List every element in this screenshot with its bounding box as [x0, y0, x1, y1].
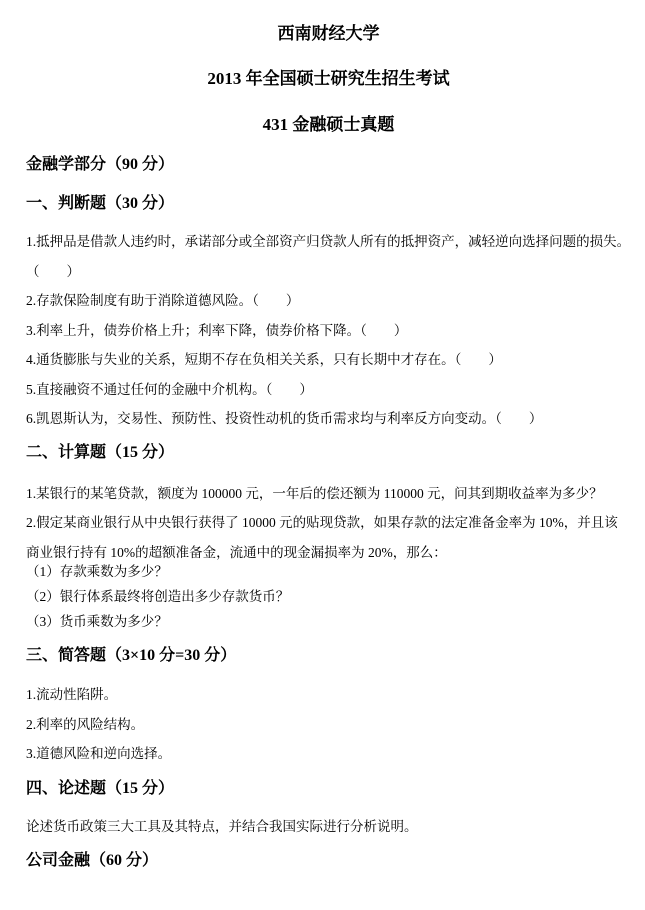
section-short-answer-heading: 三、简答题（3×10 分=30 分） — [26, 645, 631, 667]
calculation-item-1: 1.某银行的某笔贷款，额度为 100000 元，一年后的偿还额为 110000 … — [26, 479, 631, 509]
section-calculation-heading: 二、计算题（15 分） — [26, 442, 631, 464]
section-essay-heading: 四、论述题（15 分） — [26, 778, 631, 800]
judgement-item-4: 4.通货膨胀与失业的关系，短期不存在负相关关系，只有长期中才存在。（ ） — [26, 345, 631, 375]
short-answer-item-1: 1.流动性陷阱。 — [26, 680, 631, 710]
exam-year-title: 2013 年全国硕士研究生招生考试 — [26, 69, 631, 89]
judgement-item-6: 6.凯恩斯认为，交易性、预防性、投资性动机的货币需求均与利率反方向变动。（ ） — [26, 404, 631, 434]
part-finance-heading: 金融学部分（90 分） — [26, 154, 631, 176]
judgement-item-1: 1.抵押品是借款人违约时，承诺部分或全部资产归贷款人所有的抵押资产，减轻逆向选择… — [26, 227, 631, 286]
short-answer-item-3: 3.道德风险和逆向选择。 — [26, 739, 631, 769]
university-title: 西南财经大学 — [26, 24, 631, 44]
judgement-item-2: 2.存款保险制度有助于消除道德风险。（ ） — [26, 286, 631, 316]
part-corporate-heading: 公司金融（60 分） — [26, 850, 631, 872]
essay-question: 论述货币政策三大工具及其特点，并结合我国实际进行分析说明。 — [26, 812, 631, 842]
exam-paper-page: 西南财经大学 2013 年全国硕士研究生招生考试 431 金融硕士真题 金融学部… — [0, 0, 645, 910]
short-answer-item-2: 2.利率的风险结构。 — [26, 710, 631, 740]
judgement-item-5: 5.直接融资不通过任何的金融中介机构。（ ） — [26, 375, 631, 405]
subject-title: 431 金融硕士真题 — [26, 115, 631, 135]
section-judgement-heading: 一、判断题（30 分） — [26, 193, 631, 215]
judgement-item-3: 3.利率上升，债券价格上升；利率下降，债券价格下降。（ ） — [26, 316, 631, 346]
calculation-sub-list: （1）存款乘数为多少？ （2）银行体系最终将创造出多少存款货币？ （3）货币乘数… — [26, 559, 631, 634]
calculation-sub-item-3: （3）货币乘数为多少？ — [26, 609, 631, 634]
calculation-sub-item-2: （2）银行体系最终将创造出多少存款货币？ — [26, 584, 631, 609]
